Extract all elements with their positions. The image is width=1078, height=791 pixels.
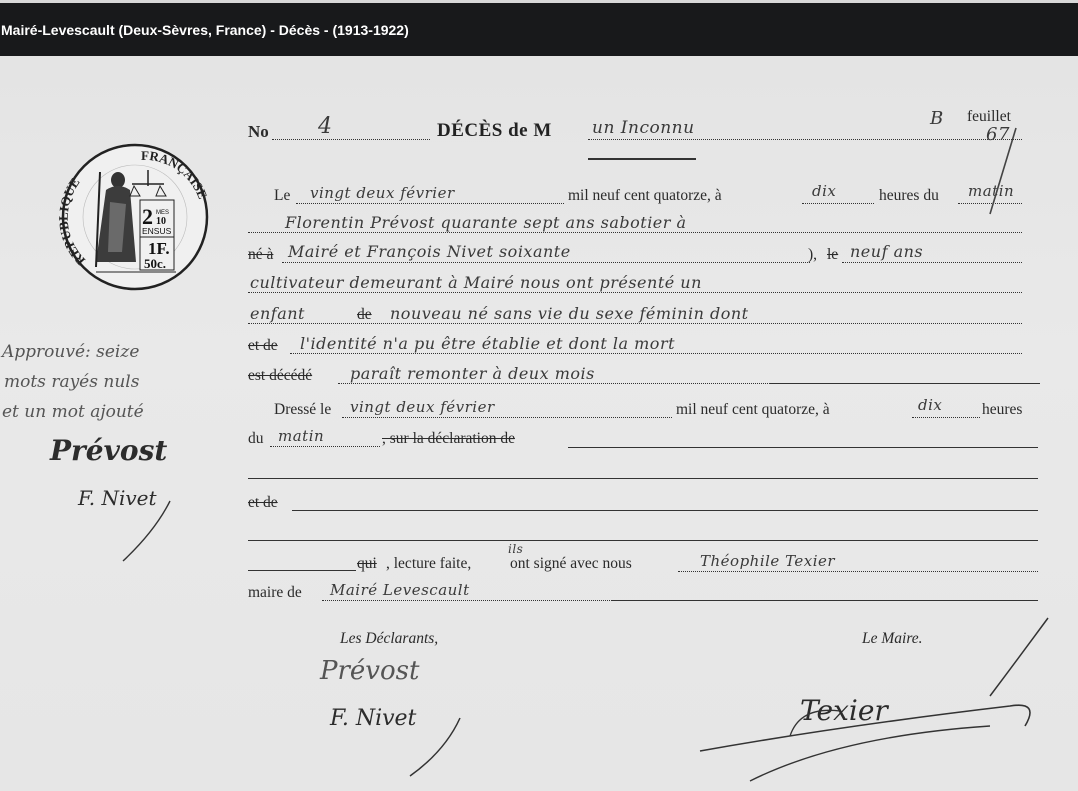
text-ils-insert: ils <box>508 542 523 556</box>
document-viewer[interactable]: REPUBLIQUE FRANÇAISE 2 MES 10 ENSUS 1F. … <box>0 56 1078 791</box>
text-year: mil neuf cent quatorze, à <box>568 187 722 205</box>
line-4-text: cultivateur demeurant à Mairé nous ont p… <box>250 273 702 292</box>
text-lecture-faite: , lecture faite, <box>386 555 471 573</box>
text-le: Le <box>274 187 290 205</box>
text-le-2: le <box>827 246 838 264</box>
line-5-text-a: enfant <box>250 304 305 323</box>
margin-note-line-3: et un mot ajouté <box>2 402 144 422</box>
text-de: de <box>357 306 372 324</box>
text-heures-du: heures du <box>879 187 939 205</box>
margin-note-line-2: mots rayés nuls <box>4 372 139 392</box>
record-date: vingt deux février <box>350 398 495 416</box>
line-5-text-b: nouveau né sans vie du sexe féminin dont <box>390 304 749 323</box>
stamp-value-cents: 50c. <box>144 256 166 271</box>
margin-note-line-1: Approuvé: seize <box>2 342 139 362</box>
declarant-flourish-icon <box>390 716 470 786</box>
number-value: 4 <box>318 114 333 139</box>
maire-flourish-icon <box>690 616 1078 791</box>
fiscal-stamp-icon: REPUBLIQUE FRANÇAISE 2 MES 10 ENSUS 1F. … <box>56 142 214 292</box>
line-6-text: l'identité n'a pu être établie et dont l… <box>300 334 675 353</box>
text-est-decede: est décédé <box>248 367 312 385</box>
window-title: Mairé-Levescault (Deux-Sèvres, France) -… <box>1 22 409 38</box>
stamp-census: ENSUS <box>142 226 172 236</box>
sheet-mark: B <box>930 108 944 129</box>
line-3-text: Mairé et François Nivet soixante <box>288 242 571 261</box>
text-et-de-2: et de <box>248 494 278 512</box>
death-hour: dix <box>812 182 836 200</box>
line-7-text: paraît remonter à deux mois <box>350 364 595 383</box>
margin-signature-1: Prévost <box>50 434 167 467</box>
number-label: No <box>248 122 269 142</box>
text-heures: heures <box>982 401 1022 419</box>
text-dresse-le: Dressé le <box>274 401 331 419</box>
text-year-2: mil neuf cent quatorze, à <box>676 401 830 419</box>
declarant-1-signature: Prévost <box>320 656 419 686</box>
commune-name: Mairé Levescault <box>330 581 470 599</box>
text-paren: ), <box>808 246 817 264</box>
text-maire-de: maire de <box>248 584 302 602</box>
text-et-de: et de <box>248 337 278 355</box>
record-hour: dix <box>918 396 942 414</box>
margin-flourish-icon <box>115 496 175 566</box>
document-title: DÉCÈS de M <box>437 120 552 142</box>
text-du: du <box>248 430 264 448</box>
line-2-text: Florentin Prévost quarante sept ans sabo… <box>285 213 687 232</box>
window-title-bar: Mairé-Levescault (Deux-Sèvres, France) -… <box>0 3 1078 56</box>
record-time: matin <box>278 427 324 445</box>
scanned-page: REPUBLIQUE FRANÇAISE 2 MES 10 ENSUS 1F. … <box>0 56 1078 791</box>
deceased-name: un Inconnu <box>592 118 695 138</box>
feuillet-stroke-icon <box>980 126 1020 216</box>
death-date: vingt deux février <box>310 184 455 202</box>
declarants-label: Les Déclarants, <box>340 630 438 648</box>
text-ont-signe: ont signé avec nous <box>510 555 632 573</box>
mayor-name: Théophile Texier <box>700 552 835 570</box>
line-3-age: neuf ans <box>850 242 923 261</box>
text-declaration: , sur la déclaration de <box>382 430 515 448</box>
text-ne-a: né à <box>248 246 273 264</box>
text-qui: qui <box>357 555 377 573</box>
